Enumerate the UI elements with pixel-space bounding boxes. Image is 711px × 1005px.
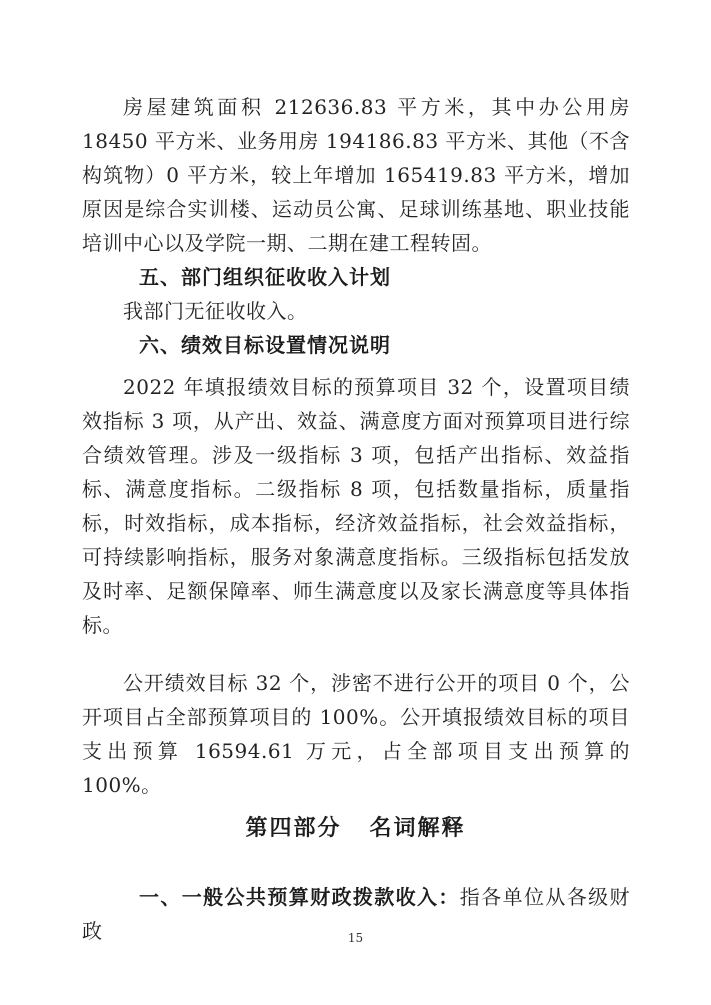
part-four-title-subject: 名词解释	[370, 816, 466, 841]
heading-section-six: 六、绩效目标设置情况说明	[82, 328, 630, 362]
heading-section-five: 五、部门组织征收收入计划	[82, 260, 630, 294]
paragraph-disclosure: 公开绩效目标 32 个，涉密不进行公开的项目 0 个，公开项目占全部预算项目的 …	[82, 666, 630, 802]
paragraph-no-levy: 我部门无征收收入。	[82, 294, 630, 328]
part-four-title-label: 第四部分	[245, 816, 341, 841]
paragraph-performance-targets: 2022 年填报绩效目标的预算项目 32 个，设置项目绩效指标 3 项，从产出、…	[82, 370, 630, 642]
page-number: 15	[0, 931, 711, 945]
term-name: 一、一般公共预算财政拨款收入：	[139, 885, 460, 909]
part-four-title: 第四部分名词解释	[0, 811, 711, 847]
document-page: 房屋建筑面积 212636.83 平方米，其中办公用房 18450 平方米、业务…	[0, 0, 711, 1005]
document-body: 房屋建筑面积 212636.83 平方米，其中办公用房 18450 平方米、业务…	[82, 90, 630, 802]
paragraph-building-area: 房屋建筑面积 212636.83 平方米，其中办公用房 18450 平方米、业务…	[82, 90, 630, 260]
